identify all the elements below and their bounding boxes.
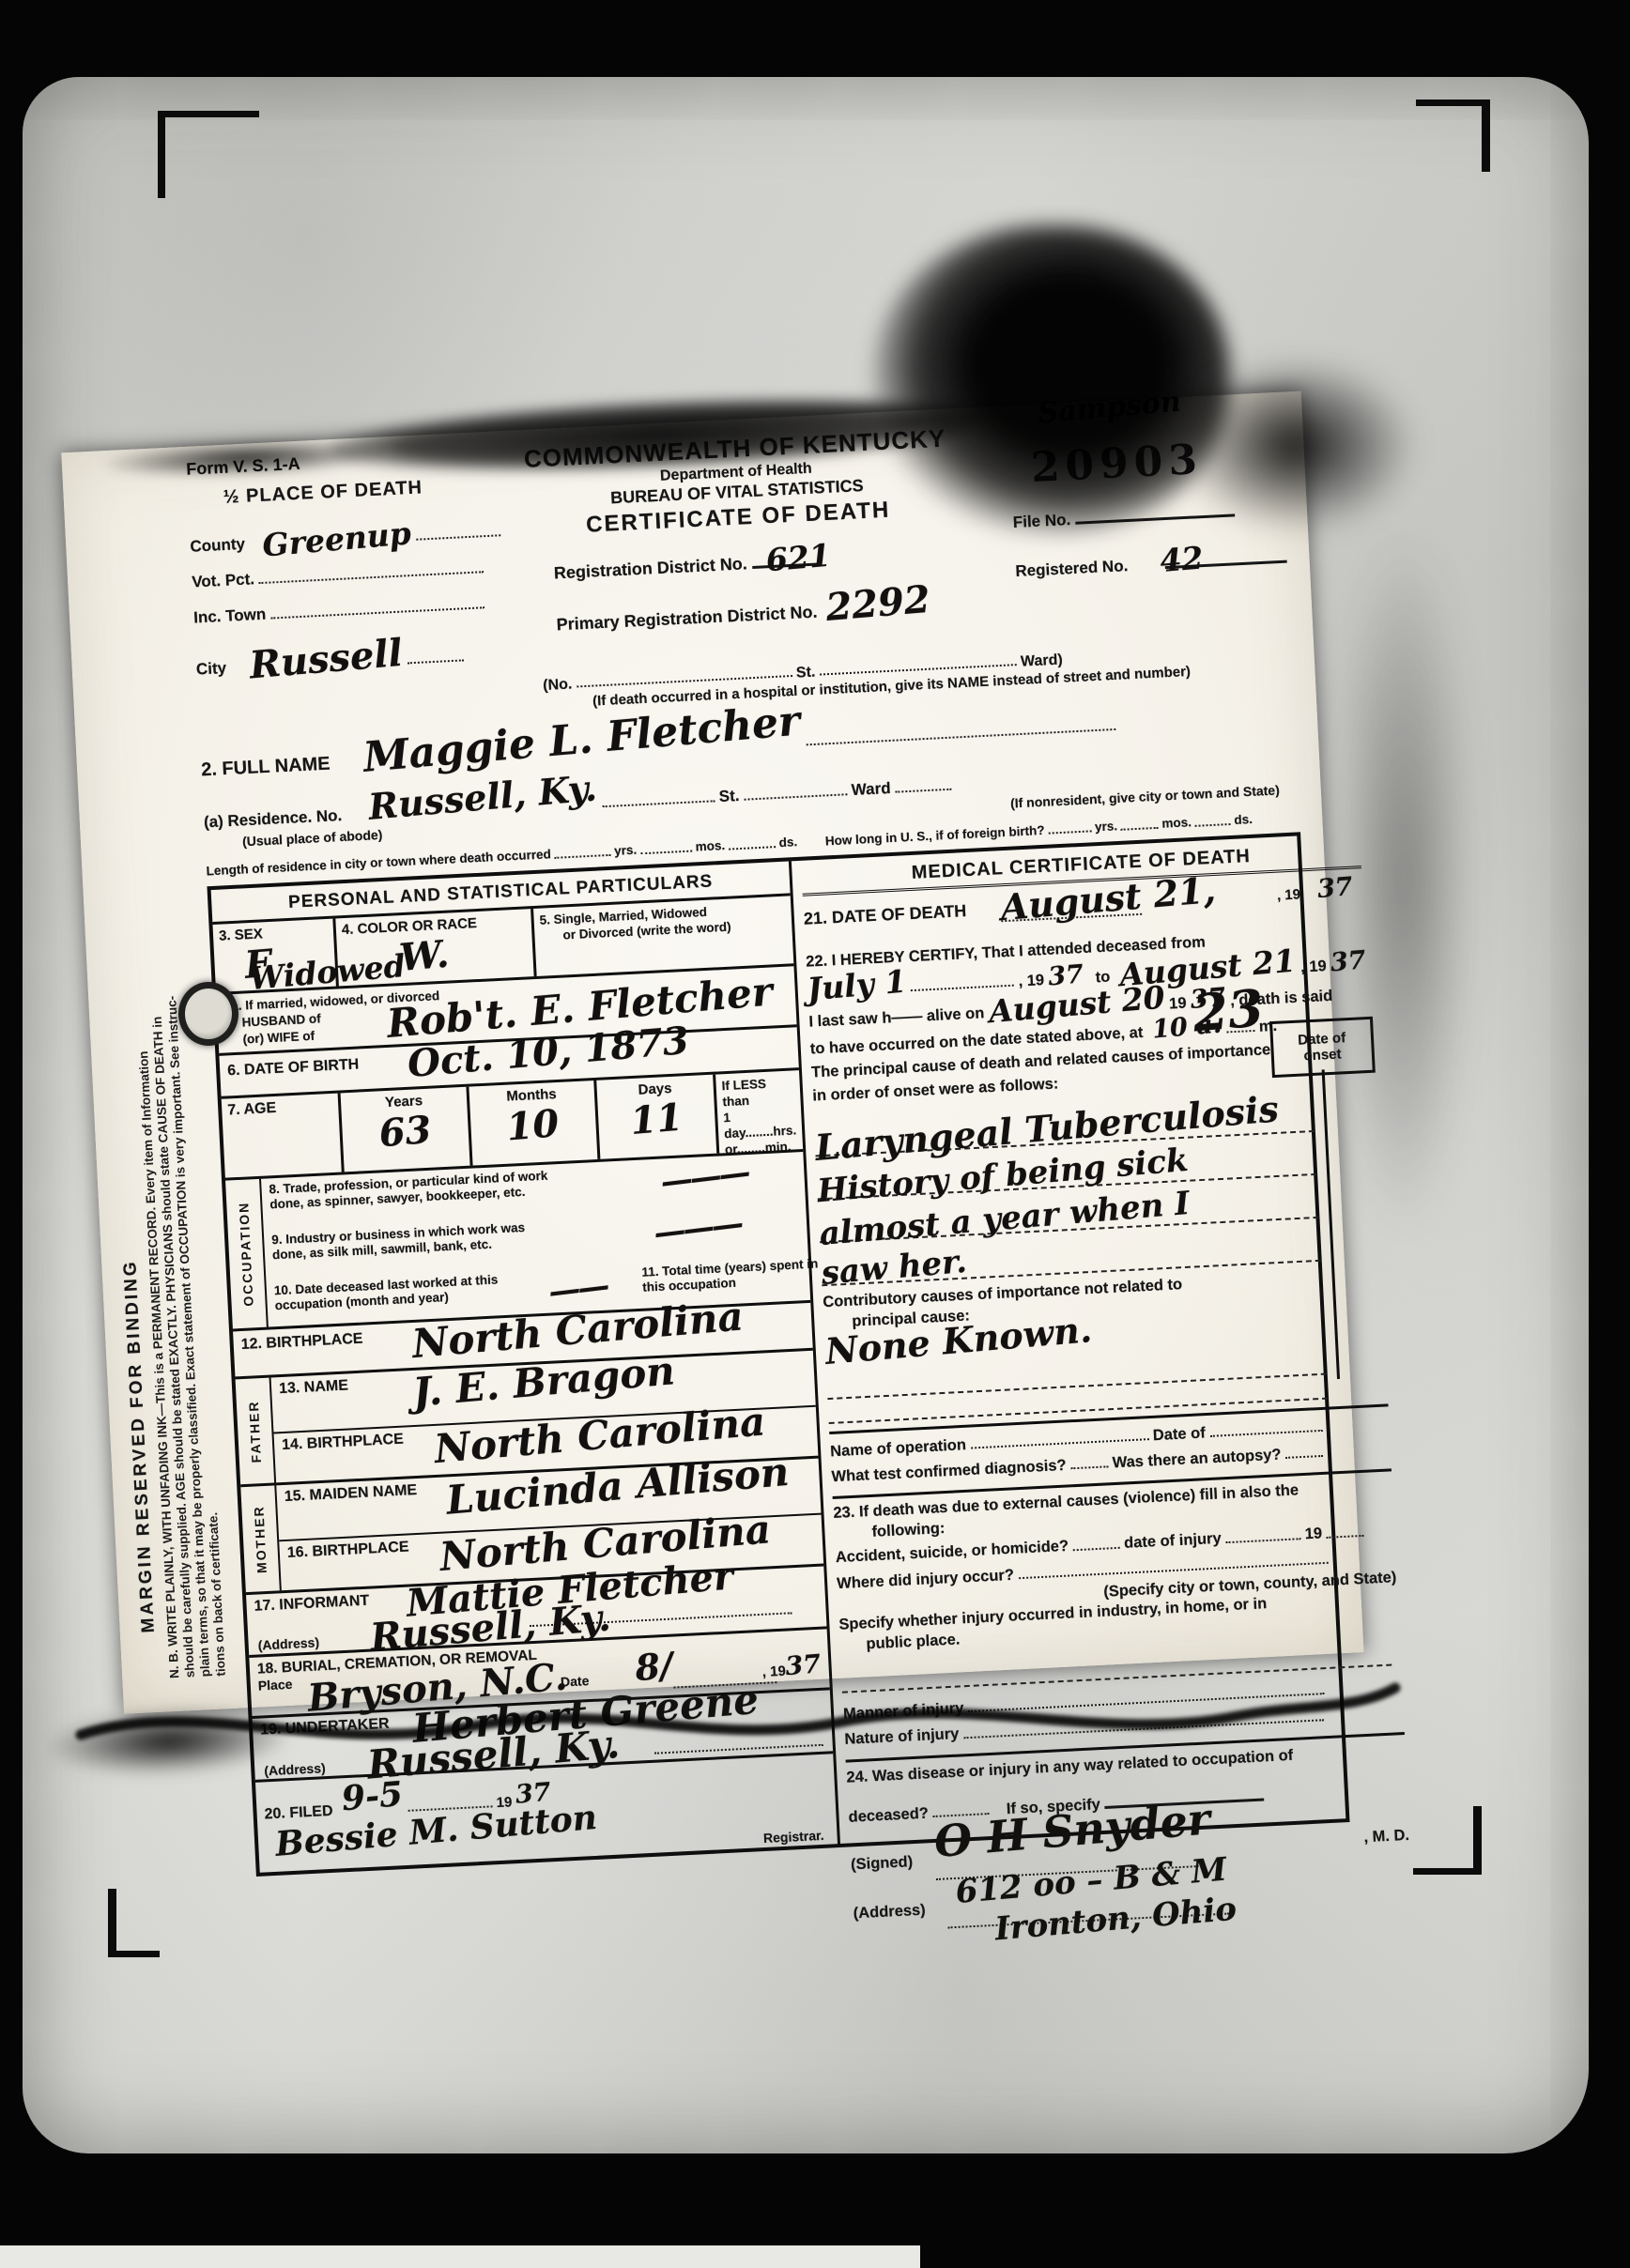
leader-line <box>1225 1522 1301 1543</box>
wife-of-label: (or) WIFE of <box>242 1028 315 1046</box>
punch-hole <box>178 982 238 1046</box>
file-no-field: File No. <box>1012 495 1284 532</box>
registrar-label: Registrar. <box>763 1828 824 1846</box>
inc-town-field: Inc. Town <box>192 589 503 627</box>
last-saw-year-prefix: 19 <box>1169 994 1187 1012</box>
leader-line <box>1120 813 1159 830</box>
leader-line <box>1069 1449 1108 1469</box>
less-label-2: 1 day........hrs. <box>723 1111 797 1141</box>
mos-label: mos. <box>1161 816 1192 832</box>
file-no-label: File No. <box>1012 511 1070 531</box>
primary-district-value: 2292 <box>823 577 931 630</box>
residence-label: (a) Residence. No. <box>204 807 343 832</box>
leader-line <box>910 968 1014 991</box>
leader-line <box>819 649 1017 676</box>
onset-label-2: onset <box>1303 1046 1342 1064</box>
leader-line <box>1209 1414 1323 1437</box>
father-side-label: FATHER <box>236 1378 277 1485</box>
header-right-column: Sampson 20903 File No. Registered No. 42 <box>972 406 1290 645</box>
dob-label: 6. DATE OF BIRTH <box>227 1056 360 1079</box>
from-year-value: 37 <box>1047 962 1084 988</box>
deceased-label: deceased? <box>848 1804 929 1825</box>
leader-line <box>743 777 847 801</box>
death-certificate-paper: MARGIN RESERVED FOR BINDING N. B. WRITE … <box>61 391 1363 1714</box>
last-worked-label: 10. Date deceased last worked at this oc… <box>274 1270 538 1313</box>
vot-pct-field: Vot. Pct. <box>192 553 502 591</box>
yrs-label: yrs. <box>614 843 638 858</box>
yrs-label: yrs. <box>1095 820 1118 835</box>
father-birthplace-label: 14. BIRTHPLACE <box>282 1432 404 1453</box>
place-of-death-heading: ½ PLACE OF DEATH <box>223 473 498 509</box>
signed-label: (Signed) <box>851 1850 914 1877</box>
full-name-label: 2. FULL NAME <box>201 754 331 781</box>
crop-mark-bottom-right <box>1413 1806 1482 1875</box>
certify-block: 22. I HEREBY CERTIFY, That I attended de… <box>806 923 1372 1108</box>
county-field: County Greenup <box>189 507 500 556</box>
st-label: St. <box>718 787 740 805</box>
leader-line <box>1326 1518 1364 1538</box>
mother-birthplace-label: 16. BIRTHPLACE <box>286 1540 408 1561</box>
test-label: What test confirmed diagnosis? <box>831 1457 1067 1485</box>
address-label: (Address) <box>853 1898 926 1925</box>
form-number: Form V. S. 1-A <box>186 444 497 479</box>
informant-address-label: (Address) <box>257 1635 319 1653</box>
leader-line <box>576 660 792 688</box>
total-time-label: 11. Total time (years) spent in this occ… <box>641 1256 830 1295</box>
trade-value: ——— <box>659 1154 750 1202</box>
header-left-column: Form V. S. 1-A ½ PLACE OF DEATH County G… <box>186 444 507 683</box>
date-injury-label: date of injury <box>1124 1530 1222 1552</box>
street-no-label: (No. <box>543 676 573 694</box>
age-years-cell: Years 63 <box>338 1087 469 1172</box>
leader-line <box>806 709 1116 745</box>
to-year-prefix: , 19 <box>1300 958 1327 975</box>
crop-mark-top-left <box>158 111 259 198</box>
certificate-header: Form V. S. 1-A ½ PLACE OF DEATH County G… <box>186 406 1290 683</box>
filed-label: 20. FILED <box>264 1802 333 1822</box>
registered-no-field: Registered No. 42 <box>1014 534 1287 584</box>
leader-line <box>554 840 611 858</box>
scan-bottom-sliver <box>0 2245 920 2268</box>
operation-date-label: Date of <box>1152 1424 1206 1444</box>
certificate-number-stamp: 20903 <box>1030 432 1284 492</box>
age-months-value: 10 <box>505 1101 561 1150</box>
leader-line <box>895 772 952 793</box>
leader-line <box>601 784 715 808</box>
registration-district-value: 621 <box>764 537 832 579</box>
registered-no-label: Registered No. <box>1015 557 1129 580</box>
date-of-onset-box: Date of onset <box>1269 1016 1376 1077</box>
inc-town-label: Inc. Town <box>193 605 267 626</box>
crop-mark-bottom-left <box>108 1889 160 1957</box>
leader-line <box>970 1422 1149 1449</box>
registered-no-value: 42 <box>1159 539 1205 579</box>
street-st-label: St. <box>796 664 816 681</box>
mother-side-label: MOTHER <box>240 1486 282 1593</box>
county-label: County <box>190 535 245 556</box>
dod-year-value: 37 <box>1316 872 1354 904</box>
mos-label: mos. <box>695 838 725 854</box>
leader-line <box>1072 1530 1120 1551</box>
from-date-value: July 1 <box>807 969 908 1001</box>
informant-label: 17. INFORMANT <box>254 1593 369 1615</box>
age-months-cell: Months 10 <box>466 1080 597 1166</box>
age-label: 7. AGE <box>222 1093 342 1177</box>
md-label: , M. D. <box>1363 1824 1410 1849</box>
header-center-column: COMMONWEALTH OF KENTUCKY Department of H… <box>496 421 983 668</box>
crop-mark-top-right <box>1416 100 1490 172</box>
birthplace-label: 12. BIRTHPLACE <box>240 1330 362 1352</box>
contributory-block: Contributory causes of importance not re… <box>823 1264 1388 1423</box>
mother-name-label: 15. MAIDEN NAME <box>284 1482 417 1505</box>
leader-line <box>1284 1439 1323 1459</box>
ds-label: ds. <box>778 835 797 850</box>
cause-of-death-area: Laryngeal Tuberculosis History of being … <box>813 1085 1380 1285</box>
leader-line <box>639 836 692 854</box>
where-label: Where did injury occur? <box>837 1566 1015 1591</box>
primary-district-field: Primary Registration District No. 2292 <box>555 575 982 639</box>
from-year-prefix: , 19 <box>1018 972 1044 989</box>
age-days-cell: Days 11 <box>593 1075 716 1159</box>
scanned-death-certificate-page: MARGIN RESERVED FOR BINDING N. B. WRITE … <box>0 0 1630 2268</box>
howlong-label: How long in U. S., if of foreign birth? <box>824 823 1044 849</box>
ward-label: Ward <box>851 779 891 799</box>
age-years-value: 63 <box>377 1108 433 1157</box>
last-saw-date-value: August 20 <box>988 985 1165 1023</box>
pen-scrawl-23: 23 <box>1190 977 1265 1043</box>
less-than-day-cell: If LESS than 1 day........hrs. or.......… <box>713 1070 803 1153</box>
father-name-label: 13. NAME <box>279 1378 349 1398</box>
husband-of-label: HUSBAND of <box>241 1011 321 1029</box>
industry-value: ——— <box>652 1204 743 1252</box>
operation-label: Name of operation <box>830 1436 967 1460</box>
vot-pct-label: Vot. Pct. <box>192 570 255 590</box>
leader-line <box>407 642 464 664</box>
leader-line <box>1048 817 1092 834</box>
injury-19-label: 19 <box>1304 1525 1322 1543</box>
leader-line <box>269 590 484 619</box>
to-year-value: 37 <box>1330 948 1367 974</box>
certificate-content: Form V. S. 1-A ½ PLACE OF DEATH County G… <box>186 406 1341 1700</box>
paper-bottom-edge-shadow <box>73 1662 1407 1793</box>
primary-district-label: Primary Registration District No. <box>556 603 818 635</box>
autopsy-label: Was there an autopsy? <box>1112 1446 1282 1471</box>
ds-label: ds. <box>1234 812 1253 827</box>
city-field: City Russell <box>194 624 507 683</box>
leader-line <box>728 833 776 850</box>
dod-year-prefix: , 19 <box>1277 886 1301 903</box>
leader-line <box>415 517 500 540</box>
city-label: City <box>195 659 226 679</box>
date-of-death-label: 21. DATE OF DEATH <box>803 901 966 929</box>
sex-label: 3. SEX <box>219 926 263 943</box>
street-ward-label: Ward) <box>1021 651 1064 669</box>
county-value: Greenup <box>261 514 412 563</box>
leader-line <box>1194 809 1231 826</box>
marital-cell: 5. Single, Married, Widowed or Divorced … <box>531 896 793 976</box>
underline <box>1074 497 1235 524</box>
city-value: Russell <box>248 631 405 688</box>
age-days-value: 11 <box>628 1095 684 1143</box>
less-label-1: If LESS than <box>721 1077 766 1109</box>
registration-district-label: Registration District No. <box>553 554 747 582</box>
